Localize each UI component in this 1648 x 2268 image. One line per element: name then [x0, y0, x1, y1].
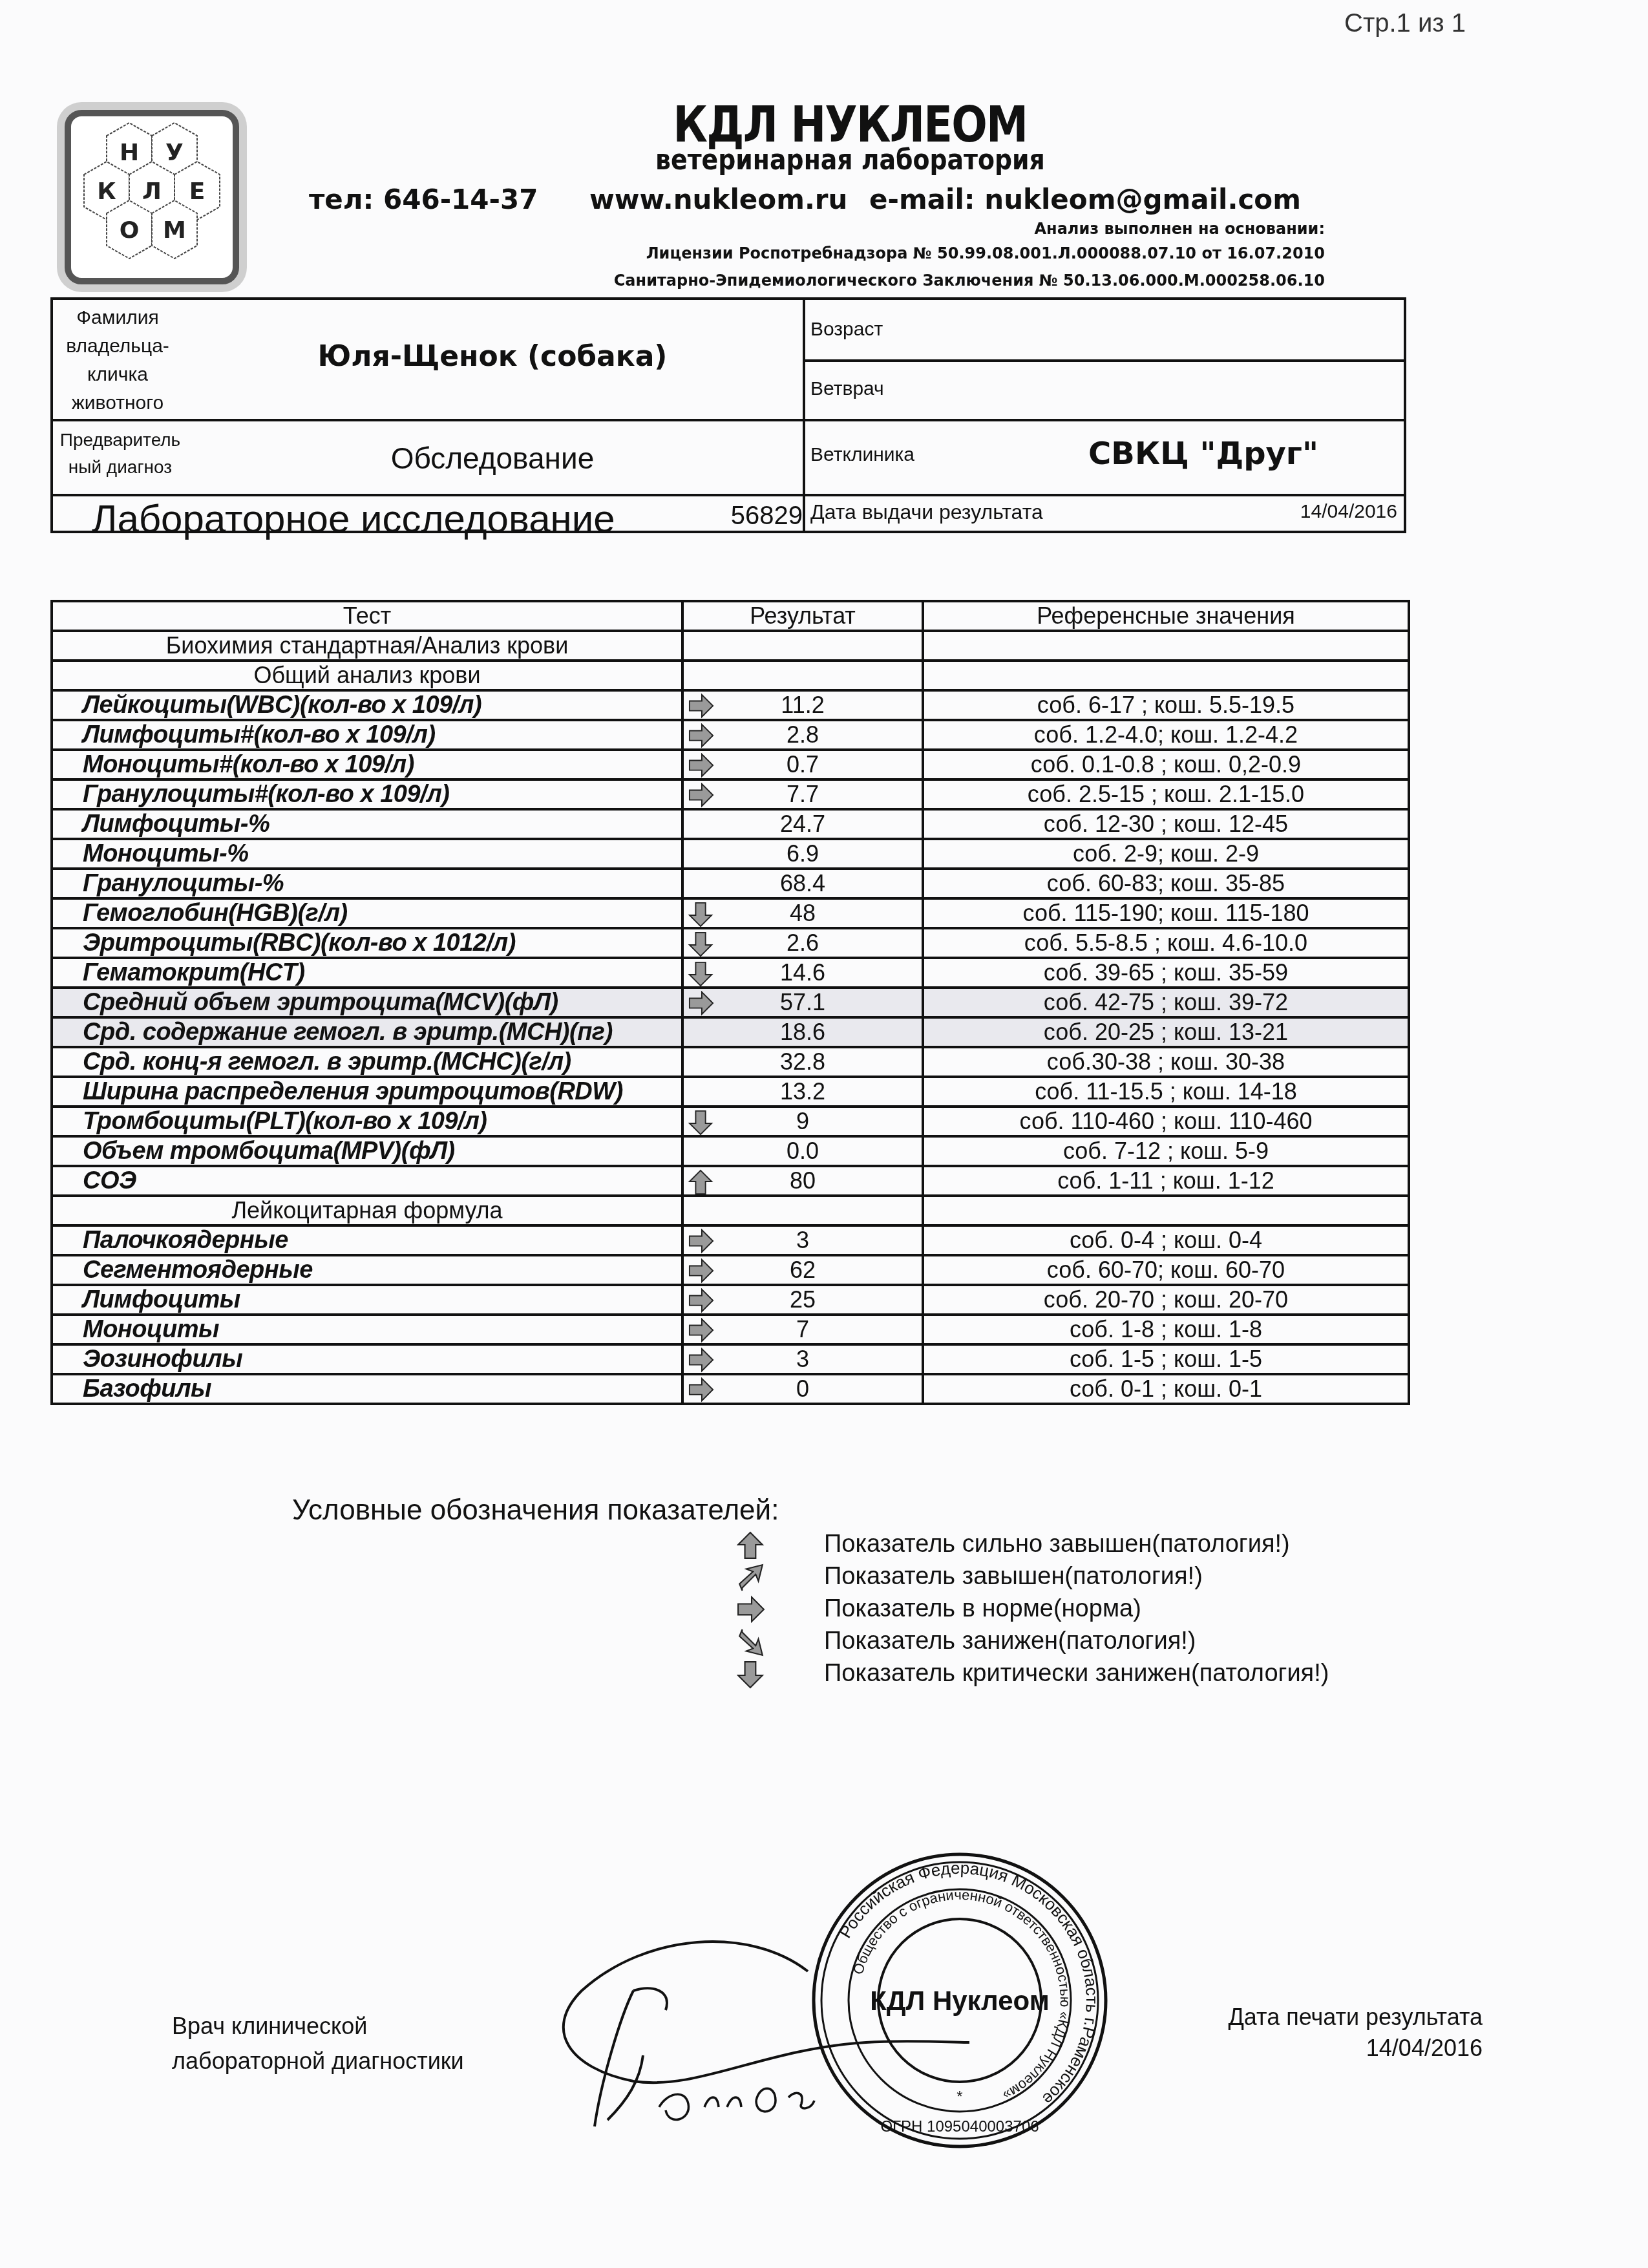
- result-cell: 3: [682, 1225, 923, 1255]
- doctor-title: Врач клинической лабораторной диагностик…: [172, 2009, 464, 2079]
- legend-label: Показатель сильно завышен(патология!): [824, 1531, 1290, 1558]
- arrow-right-icon: [688, 1318, 715, 1344]
- arrow-right-icon: [688, 1288, 715, 1314]
- result-cell: 7: [682, 1315, 923, 1344]
- arrow-right-icon: [688, 991, 715, 1017]
- reference-value: соб. 6-17 ; кош. 5.5-19.5: [923, 690, 1409, 720]
- diagnosis-label: Предваритель ный диагноз: [56, 427, 185, 481]
- arrow-down-icon: [688, 1110, 715, 1136]
- table-row: Срд. конц-я гемогл. в эритр.(MCHC)(г/л)3…: [52, 1047, 1409, 1077]
- reference-value: соб. 2.5-15 ; кош. 2.1-15.0: [923, 779, 1409, 809]
- arrow-up-icon: [688, 1169, 715, 1195]
- arrow-right-icon: [737, 1595, 765, 1625]
- table-row: Срд. содержание гемогл. в эритр.(MCH)(пг…: [52, 1017, 1409, 1047]
- reference-value: соб. 11-15.5 ; кош. 14-18: [923, 1077, 1409, 1107]
- arrow-right-icon: [688, 1348, 715, 1373]
- reference-value: соб. 60-83; кош. 35-85: [923, 869, 1409, 898]
- license-sanitary: Санитарно-Эпидемиологического Заключения…: [614, 271, 1325, 290]
- page-number: Стр.1 из 1: [1344, 9, 1466, 38]
- legend-label: Показатель завышен(патология!): [824, 1563, 1203, 1591]
- arrow-right-icon: [688, 1377, 715, 1403]
- test-name: Сегментоядерные: [52, 1255, 682, 1285]
- arrow-down-icon: [688, 961, 715, 987]
- table-row: Моноциты-%6.9соб. 2-9; кош. 2-9: [52, 839, 1409, 869]
- stamp-center-text: КДЛ Нуклеом: [870, 1986, 1050, 2016]
- test-name: Моноциты-%: [52, 839, 682, 869]
- lab-email: e-mail: nukleom@gmail.com: [869, 184, 1301, 215]
- results-table: Тест Результат Референсные значения Биох…: [50, 600, 1410, 1405]
- result-value: 80: [790, 1167, 816, 1194]
- table-row: Лейкоциты(WBC)(кол-во х 109/л)11.2соб. 6…: [52, 690, 1409, 720]
- reference-value: соб. 115-190; кош. 115-180: [923, 898, 1409, 928]
- svg-text:Л: Л: [142, 178, 162, 205]
- result-value: 18.6: [780, 1019, 825, 1045]
- result-cell: [682, 1196, 923, 1225]
- svg-text:К: К: [97, 178, 116, 205]
- section-row: Общий анализ крови: [52, 661, 1409, 690]
- table-row: Лимфоциты-%24.7соб. 12-30 ; кош. 12-45: [52, 809, 1409, 839]
- test-name: Гранулоциты#(кол-во х 109/л): [52, 779, 682, 809]
- test-name: Срд. содержание гемогл. в эритр.(MCH)(пг…: [52, 1017, 682, 1047]
- table-row: Гематокрит(HCT)14.6соб. 39-65 ; кош. 35-…: [52, 958, 1409, 988]
- study-title: Лабораторное исследование: [92, 496, 615, 541]
- result-value: 57.1: [780, 989, 825, 1015]
- svg-text:М: М: [163, 217, 186, 244]
- reference-value: соб. 39-65 ; кош. 35-59: [923, 958, 1409, 988]
- result-value: 13.2: [780, 1078, 825, 1105]
- section-row: Лейкоцитарная формула: [52, 1196, 1409, 1225]
- table-row: Сегментоядерные62соб. 60-70; кош. 60-70: [52, 1255, 1409, 1285]
- stamp-star-icon: *: [956, 2088, 962, 2106]
- reference-cell: [923, 631, 1409, 661]
- result-value: 3: [796, 1346, 809, 1372]
- test-name: Тромбоциты(PLT)(кол-во х 109/л): [52, 1107, 682, 1136]
- table-row: Палочкоядерные3соб. 0-4 ; кош. 0-4: [52, 1225, 1409, 1255]
- issue-date: 14/04/2016: [1242, 498, 1397, 526]
- table-row: Гранулоциты#(кол-во х 109/л)7.7соб. 2.5-…: [52, 779, 1409, 809]
- test-name: Лимфоциты#(кол-во х 109/л): [52, 720, 682, 750]
- reference-value: соб. 7-12 ; кош. 5-9: [923, 1136, 1409, 1166]
- table-row: Средний объем эритроцита(MCV)(фЛ)57.1соб…: [52, 988, 1409, 1017]
- result-cell: 80: [682, 1166, 923, 1196]
- table-row: Тромбоциты(PLT)(кол-во х 109/л)9соб. 110…: [52, 1107, 1409, 1136]
- legend-title: Условные обозначения показателей:: [292, 1494, 779, 1527]
- result-cell: 68.4: [682, 869, 923, 898]
- reference-value: соб. 60-70; кош. 60-70: [923, 1255, 1409, 1285]
- table-row: Объем тромбоцита(MPV)(фЛ)0.0соб. 7-12 ; …: [52, 1136, 1409, 1166]
- test-name: Гемоглобин(HGB)(г/л): [52, 898, 682, 928]
- section-row: Биохимия стандартная/Анализ крови: [52, 631, 1409, 661]
- reference-value: соб. 0.1-0.8 ; кош. 0,2-0.9: [923, 750, 1409, 779]
- reference-value: соб. 2-9; кош. 2-9: [923, 839, 1409, 869]
- result-value: 2.6: [787, 929, 819, 956]
- legend-label: Показатель в норме(норма): [824, 1595, 1141, 1623]
- result-cell: 3: [682, 1344, 923, 1374]
- result-cell: 0: [682, 1374, 923, 1404]
- result-cell: 0.7: [682, 750, 923, 779]
- result-cell: 2.8: [682, 720, 923, 750]
- result-cell: 48: [682, 898, 923, 928]
- legend-label: Показатель занижен(патология!): [824, 1627, 1196, 1655]
- arrow-up-right-icon: [737, 1563, 765, 1593]
- result-cell: 11.2: [682, 690, 923, 720]
- result-value: 0.0: [787, 1138, 819, 1164]
- lab-seal-stamp: Российская Федерация Московская область …: [808, 1849, 1112, 2152]
- print-date: 14/04/2016: [1366, 2035, 1483, 2062]
- result-value: 7: [796, 1316, 809, 1342]
- age-label: Возраст: [810, 315, 883, 344]
- section-label: Общий анализ крови: [52, 661, 682, 690]
- test-name: Лимфоциты-%: [52, 809, 682, 839]
- table-row: Моноциты7соб. 1-8 ; кош. 1-8: [52, 1315, 1409, 1344]
- result-value: 2.8: [787, 721, 819, 748]
- lab-phone: тел: 646-14-37: [309, 184, 538, 215]
- result-value: 32.8: [780, 1048, 825, 1075]
- header-test: Тест: [52, 601, 682, 631]
- test-name: Базофилы: [52, 1374, 682, 1404]
- reference-value: соб. 1-11 ; кош. 1-12: [923, 1166, 1409, 1196]
- test-name: Гематокрит(HCT): [52, 958, 682, 988]
- reference-value: соб. 20-25 ; кош. 13-21: [923, 1017, 1409, 1047]
- test-name: Моноциты: [52, 1315, 682, 1344]
- result-cell: 62: [682, 1255, 923, 1285]
- test-name: Средний объем эритроцита(MCV)(фЛ): [52, 988, 682, 1017]
- arrow-right-icon: [688, 1229, 715, 1255]
- header-result: Результат: [682, 601, 923, 631]
- arrow-right-icon: [688, 723, 715, 749]
- table-row: Моноциты#(кол-во х 109/л)0.7соб. 0.1-0.8…: [52, 750, 1409, 779]
- test-name: Лимфоциты: [52, 1285, 682, 1315]
- legend-label: Показатель критически занижен(патология!…: [824, 1660, 1329, 1688]
- table-row: Эозинофилы3соб. 1-5 ; кош. 1-5: [52, 1344, 1409, 1374]
- arrow-down-icon: [688, 902, 715, 927]
- test-name: Объем тромбоцита(MPV)(фЛ): [52, 1136, 682, 1166]
- doctor-title-line-1: Врач клинической: [172, 2009, 464, 2044]
- reference-value: соб. 0-1 ; кош. 0-1: [923, 1374, 1409, 1404]
- arrow-down-icon: [737, 1660, 765, 1690]
- result-value: 25: [790, 1286, 816, 1313]
- reference-value: соб. 110-460 ; кош. 110-460: [923, 1107, 1409, 1136]
- test-name: Эозинофилы: [52, 1344, 682, 1374]
- result-cell: 9: [682, 1107, 923, 1136]
- result-cell: 7.7: [682, 779, 923, 809]
- result-cell: 14.6: [682, 958, 923, 988]
- result-value: 48: [790, 900, 816, 926]
- vet-label: Ветврач: [810, 375, 884, 403]
- clinic-value: СВКЦ "Друг": [1035, 436, 1371, 472]
- arrow-up-icon: [737, 1531, 765, 1560]
- result-value: 6.9: [787, 840, 819, 867]
- result-cell: 13.2: [682, 1077, 923, 1107]
- table-row: Лимфоциты#(кол-во х 109/л)2.8соб. 1.2-4.…: [52, 720, 1409, 750]
- result-value: 24.7: [780, 811, 825, 837]
- result-value: 3: [796, 1227, 809, 1253]
- result-value: 68.4: [780, 870, 825, 896]
- test-name: Ширина распределения эритроцитов(RDW): [52, 1077, 682, 1107]
- print-date-label: Дата печати результата: [1228, 2004, 1483, 2031]
- section-label: Биохимия стандартная/Анализ крови: [52, 631, 682, 661]
- arrow-down-icon: [688, 931, 715, 957]
- table-row: Гранулоциты-%68.4соб. 60-83; кош. 35-85: [52, 869, 1409, 898]
- diagnosis-value: Обследование: [182, 441, 803, 476]
- license-rospotrebnadzor: Лицензии Роспотребнадзора № 50.99.08.001…: [646, 244, 1325, 262]
- table-row: Базофилы0соб. 0-1 ; кош. 0-1: [52, 1374, 1409, 1404]
- arrow-right-icon: [688, 1258, 715, 1284]
- arrow-right-icon: [688, 753, 715, 779]
- arrow-down-right-icon: [737, 1627, 765, 1657]
- result-value: 9: [796, 1108, 809, 1134]
- svg-text:О: О: [120, 217, 140, 244]
- reference-value: соб. 20-70 ; кош. 20-70: [923, 1285, 1409, 1315]
- result-cell: 6.9: [682, 839, 923, 869]
- test-name: Лейкоциты(WBC)(кол-во х 109/л): [52, 690, 682, 720]
- table-row: Эритроциты(RBC)(кол-во х 1012/л)2.6соб. …: [52, 928, 1409, 958]
- table-row: СОЭ80соб. 1-11 ; кош. 1-12: [52, 1166, 1409, 1196]
- result-value: 62: [790, 1256, 816, 1283]
- result-cell: 2.6: [682, 928, 923, 958]
- header-reference: Референсные значения: [923, 601, 1409, 631]
- arrow-right-icon: [688, 783, 715, 809]
- test-name: Гранулоциты-%: [52, 869, 682, 898]
- result-cell: 18.6: [682, 1017, 923, 1047]
- reference-value: соб. 1-5 ; кош. 1-5: [923, 1344, 1409, 1374]
- arrow-right-icon: [688, 694, 715, 719]
- result-cell: [682, 631, 923, 661]
- table-row: Гемоглобин(HGB)(г/л)48соб. 115-190; кош.…: [52, 898, 1409, 928]
- table-row: Ширина распределения эритроцитов(RDW)13.…: [52, 1077, 1409, 1107]
- result-value: 11.2: [781, 692, 824, 718]
- owner-pet-label: Фамилия владельца- кличка животного: [59, 304, 176, 418]
- test-name: Палочкоядерные: [52, 1225, 682, 1255]
- result-value: 7.7: [787, 781, 819, 807]
- reference-cell: [923, 661, 1409, 690]
- lab-subtitle-text: ветеринарная лаборатория: [655, 143, 1045, 176]
- result-value: 0: [796, 1375, 809, 1402]
- result-cell: 25: [682, 1285, 923, 1315]
- issue-date-label: Дата выдачи результата: [810, 498, 1043, 526]
- result-cell: 0.0: [682, 1136, 923, 1166]
- owner-pet-value: Юля-Щенок (собака): [182, 340, 803, 373]
- test-name: Эритроциты(RBC)(кол-во х 1012/л): [52, 928, 682, 958]
- test-name: СОЭ: [52, 1166, 682, 1196]
- table-header-row: Тест Результат Референсные значения: [52, 601, 1409, 631]
- patient-info-box: Фамилия владельца- кличка животного Юля-…: [50, 297, 1406, 533]
- section-label: Лейкоцитарная формула: [52, 1196, 682, 1225]
- result-value: 14.6: [780, 959, 825, 986]
- test-name: Срд. конц-я гемогл. в эритр.(MCHC)(г/л): [52, 1047, 682, 1077]
- reference-cell: [923, 1196, 1409, 1225]
- license-basis-label: Анализ выполнен на основании:: [1035, 220, 1326, 238]
- lab-website: www.nukleom.ru: [589, 184, 847, 215]
- reference-value: соб. 1-8 ; кош. 1-8: [923, 1315, 1409, 1344]
- result-cell: 24.7: [682, 809, 923, 839]
- result-cell: [682, 661, 923, 690]
- reference-value: соб. 0-4 ; кош. 0-4: [923, 1225, 1409, 1255]
- reference-value: соб. 12-30 ; кош. 12-45: [923, 809, 1409, 839]
- reference-value: соб. 5.5-8.5 ; кош. 4.6-10.0: [923, 928, 1409, 958]
- svg-text:Е: Е: [189, 178, 206, 205]
- reference-value: соб.30-38 ; кош. 30-38: [923, 1047, 1409, 1077]
- result-cell: 57.1: [682, 988, 923, 1017]
- reference-value: соб. 42-75 ; кош. 39-72: [923, 988, 1409, 1017]
- table-row: Лимфоциты25соб. 20-70 ; кош. 20-70: [52, 1285, 1409, 1315]
- clinic-label: Ветклиника: [810, 441, 914, 469]
- lab-subtitle: ветеринарная лаборатория: [0, 143, 1648, 176]
- study-number: 56829: [712, 502, 803, 531]
- result-cell: 32.8: [682, 1047, 923, 1077]
- test-name: Моноциты#(кол-во х 109/л): [52, 750, 682, 779]
- doctor-title-line-2: лабораторной диагностики: [172, 2044, 464, 2079]
- reference-value: соб. 1.2-4.0; кош. 1.2-4.2: [923, 720, 1409, 750]
- stamp-ogrn: ОГРН 1095040003706: [880, 2118, 1039, 2136]
- result-value: 0.7: [787, 751, 819, 778]
